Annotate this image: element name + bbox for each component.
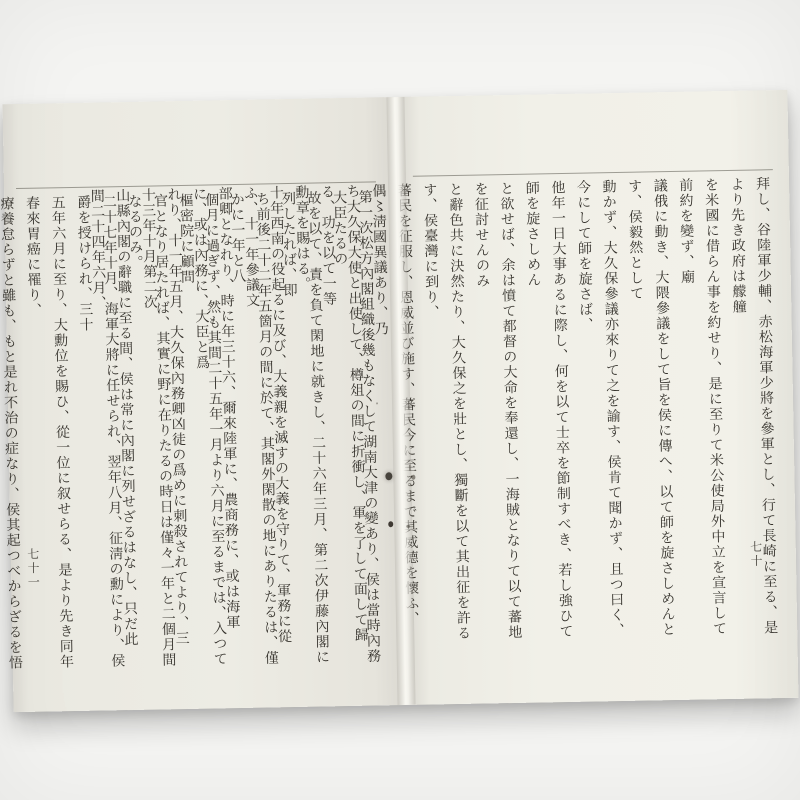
- text-column: を米國に借らん事を約せり、是に至りて米公使局外中立を宣言して前約を變ず、廟: [672, 177, 732, 652]
- text-column: 拜し、谷陸軍少輔、赤松海軍少將を參軍とし、行て長崎に至る、是より先き政府は艨艟: [723, 176, 783, 651]
- text-column: 山縣內閣の辭職に至る間、侯は常に內閣に列せざるはなし、只だ此間二十四年六月、: [83, 188, 143, 663]
- book-spread: 第一次松方內閣組織後幾もなくして湖南大津の變あり、侯は當時內務大臣たるの故を以て…: [2, 90, 798, 712]
- binding-staple-dot: [385, 472, 392, 480]
- text-column: れり、十一年五月、大久保內務卿凶徒の爲めに刺殺されてより、三十三年十月第二次: [134, 187, 194, 662]
- right-page-number: 七十: [748, 540, 766, 568]
- text-column: 議俄に動き、大隈參議をして旨を侯に傳へ、以て師を旋さしめんとす、侯毅然として: [620, 178, 680, 653]
- binding-staple-dot: [388, 521, 393, 527]
- text-column: と欲せば、余は憤て都督の大命を奉還し、一海賊となりて以て蕃地を征討せんのみ: [467, 181, 527, 656]
- text-column: 動かず、大久保參議亦來りて之を諭す、侯肯て聞かず、且つ曰く、今にして師を旋さば、: [569, 179, 629, 654]
- text-column: 他年一日大事あるに際し、何を以て士卒を節制すべき、若し強ひて師を旋さしめん: [518, 180, 578, 655]
- right-page-text: 拜し、谷陸軍少輔、赤松海軍少將を參軍とし、行て長崎に至る、是より先き政府は艨艟を…: [414, 176, 783, 657]
- text-column: 五年六月に至り、大勳位を賜ひ、從一位に叙せらる、是より先き同年春來胃癌に罹り、: [18, 195, 78, 674]
- text-column: 十年西南の役起るに及び、大義親を滅すの大義を守りて、軍務に從ふ、十一年參議文: [237, 185, 297, 660]
- text-column: ち大久保大使と出使して、樽俎の間に折衝し、軍を了して面して歸る、功を以て一等: [313, 184, 373, 659]
- top-rule-line: [413, 169, 773, 177]
- page-right: 拜し、谷陸軍少輔、赤松海軍少將を參軍とし、行て長崎に至る、是より先き政府は艨艟を…: [395, 90, 799, 705]
- paper-speck: [406, 525, 410, 528]
- paper-speck: [376, 402, 378, 404]
- left-page-number: 七十一: [25, 548, 43, 590]
- book-photo: 第一次松方內閣組織後幾もなくして湖南大津の變あり、侯は當時內務大臣たるの故を以て…: [0, 0, 800, 800]
- text-column: と辭色共に決然たり、大久保之を壯とし、獨斷を以て其出征を許るす、侯臺灣に到り、: [416, 182, 476, 657]
- text-column: 部卿となれり、時に年三十六、爾來陸軍に、農商務に、或は海軍に、或は內務に、大臣と…: [185, 186, 245, 661]
- paper-speck: [411, 475, 415, 480]
